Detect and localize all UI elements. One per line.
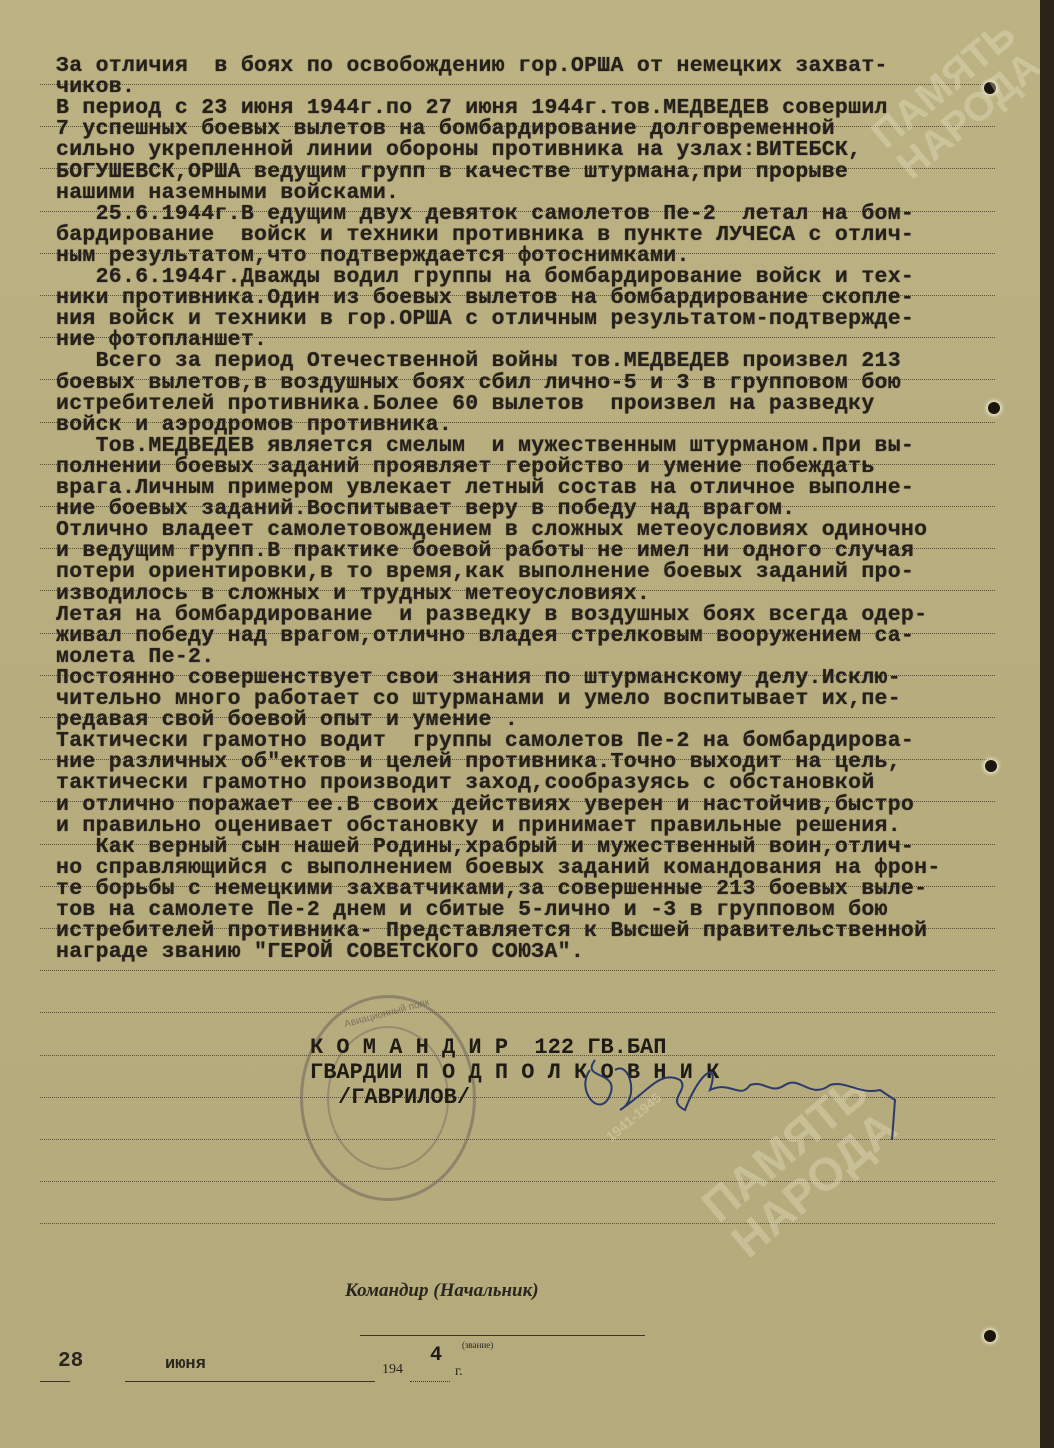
rank-line <box>360 1335 645 1336</box>
date-year-digit: 4 <box>430 1344 442 1367</box>
punch-hole <box>984 1330 996 1342</box>
punch-hole <box>988 402 1000 414</box>
handwritten-signature <box>570 1040 910 1140</box>
document-page: За отличия в боях по освобождению гор.ОР… <box>0 0 1040 1448</box>
commander-form-label: Командир (Начальник) <box>345 1280 539 1302</box>
punch-hole <box>985 760 997 772</box>
text-line: награде званию "ГЕРОЙ СОВЕТСКОГО СОЮЗА". <box>56 940 584 964</box>
date-year-prefix: 194 <box>382 1362 403 1378</box>
date-year-suffix: г. <box>455 1364 463 1380</box>
scan-edge <box>1040 0 1054 1448</box>
text-line: За отличия в боях по освобождению гор.ОР… <box>56 54 888 78</box>
signer-name: /ГАВРИЛОВ/ <box>310 1085 470 1110</box>
watermark: ПАМЯТЬ НАРОДА <box>865 14 1049 186</box>
date-month: июня <box>165 1355 206 1374</box>
rank-caption: (звание) <box>462 1340 493 1350</box>
date-day: 28 <box>58 1350 83 1373</box>
